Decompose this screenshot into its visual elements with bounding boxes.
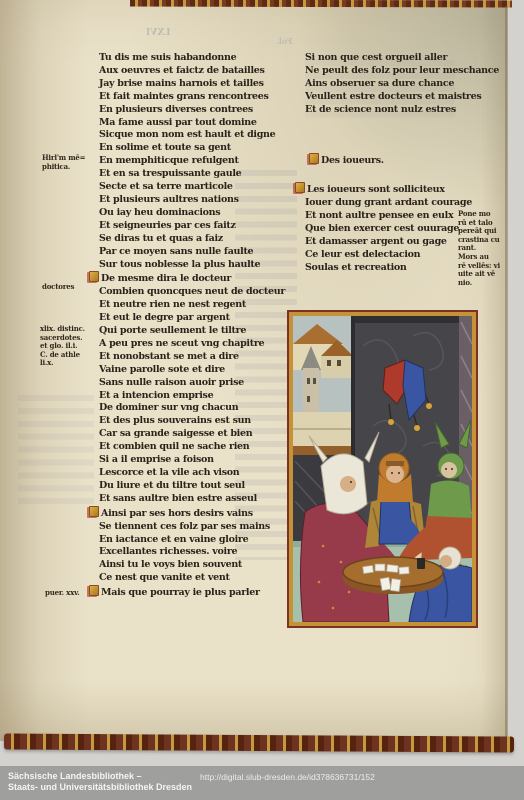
paraph-icon bbox=[89, 271, 99, 282]
card-table bbox=[343, 557, 443, 594]
verse-column-right: Si non que cest orgueil aller Ne peult d… bbox=[305, 52, 480, 275]
chapter-heading: Des ioueurs. bbox=[319, 153, 480, 168]
miniature-scene bbox=[293, 316, 472, 622]
digital-resource-url: http://digital.slub-dresden.de/id3786367… bbox=[200, 772, 375, 782]
paraph-icon bbox=[309, 153, 319, 164]
gilt-fore-edge-top bbox=[130, 0, 512, 8]
library-attribution: Sächsische Landesbibliothek – Staats- un… bbox=[8, 771, 192, 793]
margin-note-proverbs: puer. xxv. bbox=[45, 589, 80, 598]
margin-note-citation: xlix. distinc. sacerdotes. et glo. il.i.… bbox=[40, 325, 85, 368]
gilt-binding-edge bbox=[4, 733, 514, 752]
beaker bbox=[417, 558, 425, 569]
miniature-gold-frame bbox=[289, 312, 476, 626]
viewer-caption-bar: Sächsische Landesbibliothek – Staats- un… bbox=[0, 766, 524, 800]
paraph-icon bbox=[89, 585, 99, 596]
verse-column-left: Tu dis me suis habandonne Aux oeuvres et… bbox=[99, 52, 311, 600]
bleedthrough-texture bbox=[18, 395, 94, 510]
paraph-icon bbox=[295, 182, 305, 193]
page-edge bbox=[505, 6, 508, 738]
margin-note-jerusalem: Hirl'm mē= phitica. bbox=[42, 154, 85, 171]
bleedthrough-header-mark: Fol. bbox=[276, 36, 292, 46]
digitized-book-photo: LXVI Fol. Hirl'm mē= phitica. doctores x… bbox=[0, 0, 524, 800]
margin-note-doctores: doctores bbox=[42, 283, 74, 292]
miniature-card-players bbox=[287, 310, 478, 628]
paraph-icon bbox=[89, 506, 99, 517]
bleedthrough-folio-number: LXVI bbox=[146, 28, 171, 38]
